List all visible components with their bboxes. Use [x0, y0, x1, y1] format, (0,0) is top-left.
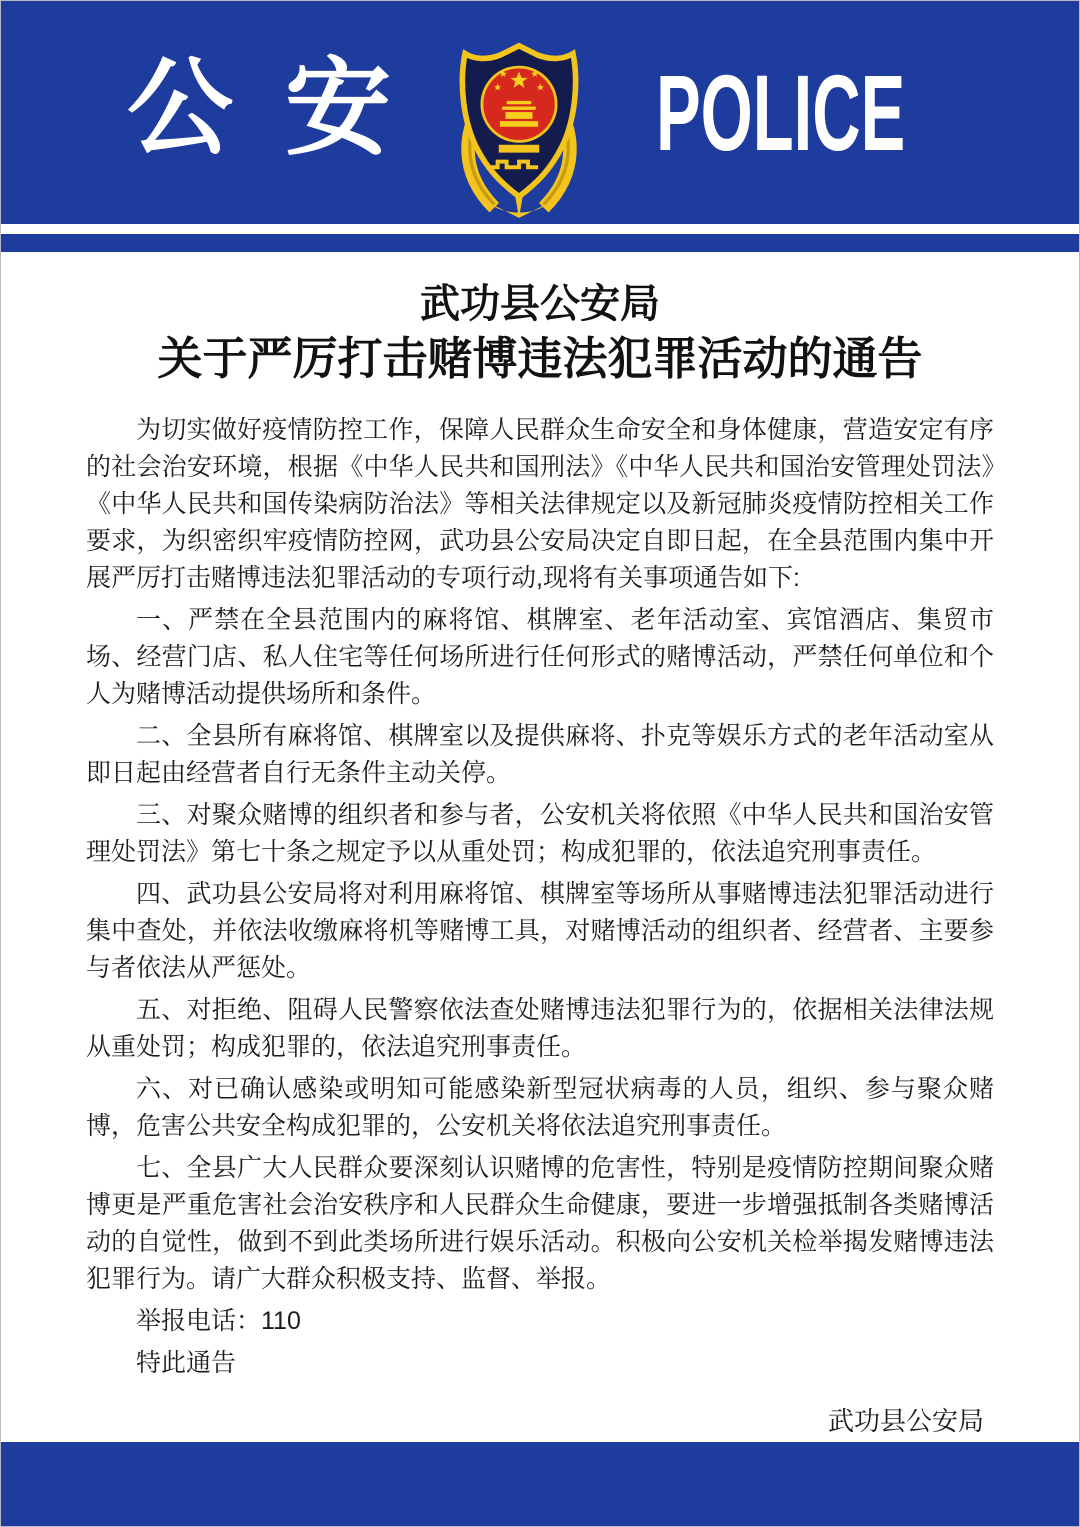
police-badge-icon: [451, 39, 587, 219]
closing-line: 特此通告: [86, 1345, 994, 1382]
signature-org: 武功县公安局: [86, 1406, 984, 1436]
notice-body: 武功县公安局 关于严厉打击赌博违法犯罪活动的通告 为切实做好疫情防控工作，保障人…: [1, 252, 1079, 1472]
paragraph-item-5: 五、对拒绝、阻碍人民警察依法查处赌博违法犯罪行为的，依据相关法律法规从重处罚；构…: [86, 992, 994, 1066]
banner: 公安: [1, 1, 1079, 224]
paragraph-intro: 为切实做好疫情防控工作，保障人民群众生命安全和身体健康，营造安定有序的社会治安环…: [86, 412, 994, 597]
footer-band: [1, 1442, 1079, 1526]
separator-stripe-blue: [1, 234, 1079, 252]
notice-paragraphs: 为切实做好疫情防控工作，保障人民群众生命安全和身体健康，营造安定有序的社会治安环…: [86, 412, 994, 1298]
notice-title-org: 武功县公安局: [86, 280, 994, 328]
paragraph-item-1: 一、严禁在全县范围内的麻将馆、棋牌室、老年活动室、宾馆酒店、集贸市场、经营门店、…: [86, 602, 994, 713]
paragraph-item-3: 三、对聚众赌博的组织者和参与者，公安机关将依照《中华人民共和国治安管理处罚法》第…: [86, 797, 994, 871]
banner-org-en: POLICE: [656, 59, 1058, 167]
separator-stripe-white: [1, 224, 1079, 234]
paragraph-item-7: 七、全县广大人民群众要深刻认识赌博的危害性，特别是疫情防控期间聚众赌博更是严重危…: [86, 1150, 994, 1298]
police-notice-poster: 公安: [0, 0, 1080, 1527]
paragraph-item-4: 四、武功县公安局将对利用麻将馆、棋牌室等场所从事赌博违法犯罪活动进行集中查处，并…: [86, 876, 994, 987]
notice-title-subject: 关于严厉打击赌博违法犯罪活动的通告: [86, 332, 994, 386]
paragraph-item-6: 六、对已确认感染或明知可能感染新型冠状病毒的人员，组织、参与聚众赌博，危害公共安…: [86, 1071, 994, 1145]
paragraph-item-2: 二、全县所有麻将馆、棋牌室以及提供麻将、扑克等娱乐方式的老年活动室从即日起由经营…: [86, 718, 994, 792]
report-phone-line: 举报电话：110: [86, 1303, 994, 1340]
banner-org-cn: 公安: [127, 55, 443, 161]
